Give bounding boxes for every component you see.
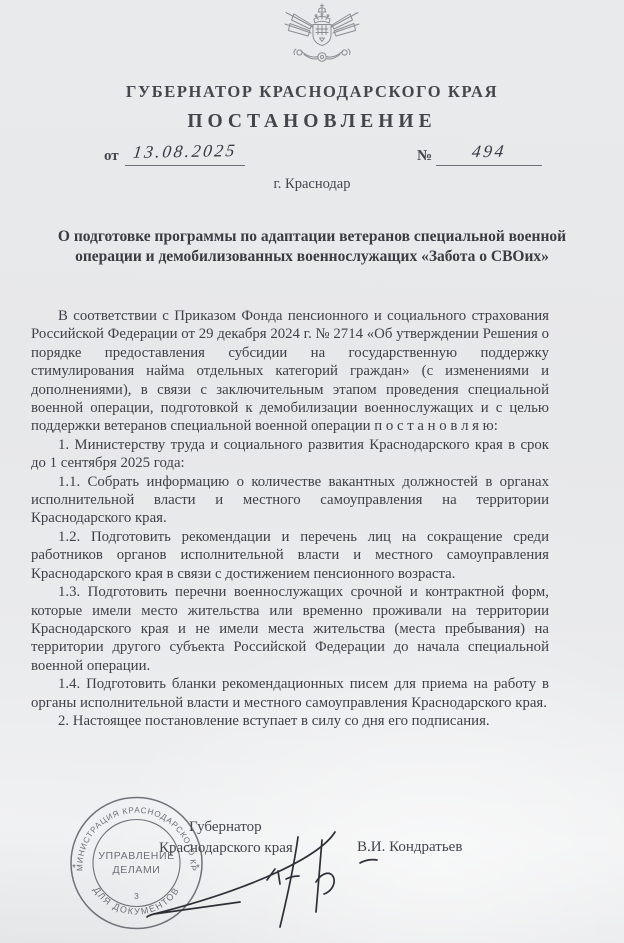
stamp-star-left: * xyxy=(72,863,76,874)
body-paragraph: 1.1. Собрать информацию о количестве вак… xyxy=(31,473,549,528)
body-paragraph: 2. Настоящее постановление вступает в си… xyxy=(31,712,549,730)
document-title: О подготовке программы по адаптации вете… xyxy=(40,227,584,266)
handwritten-date: 13.08.2025 xyxy=(132,140,239,165)
body-paragraph: 1.3. Подготовить перечни военнослужащих … xyxy=(31,583,549,675)
city-line: г. Краснодар xyxy=(0,176,624,193)
number-label: № xyxy=(417,148,432,165)
body-paragraph: 1.4. Подготовить бланки рекомендационных… xyxy=(31,675,549,712)
scanned-document-page: ГУБЕРНАТОР КРАСНОДАРСКОГО КРАЯ ПОСТАНОВЛ… xyxy=(0,0,624,943)
handwritten-number: 494 xyxy=(471,141,508,165)
body-paragraph: В соответствии с Приказом Фонда пенсионн… xyxy=(31,307,549,436)
document-type-title: ПОСТАНОВЛЕНИЕ xyxy=(0,111,624,133)
number-field: 494 xyxy=(436,141,542,166)
date-field: 13.08.2025 xyxy=(125,141,245,166)
coat-of-arms-icon xyxy=(282,3,362,65)
date-label: от xyxy=(104,148,119,165)
document-body: В соответствии с Приказом Фонда пенсионн… xyxy=(31,307,549,730)
body-paragraph: 1.2. Подготовить рекомендации и перечень… xyxy=(31,528,549,583)
document-sheet: ГУБЕРНАТОР КРАСНОДАРСКОГО КРАЯ ПОСТАНОВЛ… xyxy=(0,0,624,943)
organization-name: ГУБЕРНАТОР КРАСНОДАРСКОГО КРАЯ xyxy=(0,82,624,102)
signature-scribble xyxy=(128,824,393,934)
body-paragraph: 1. Министерству труда и социального разв… xyxy=(31,436,549,473)
